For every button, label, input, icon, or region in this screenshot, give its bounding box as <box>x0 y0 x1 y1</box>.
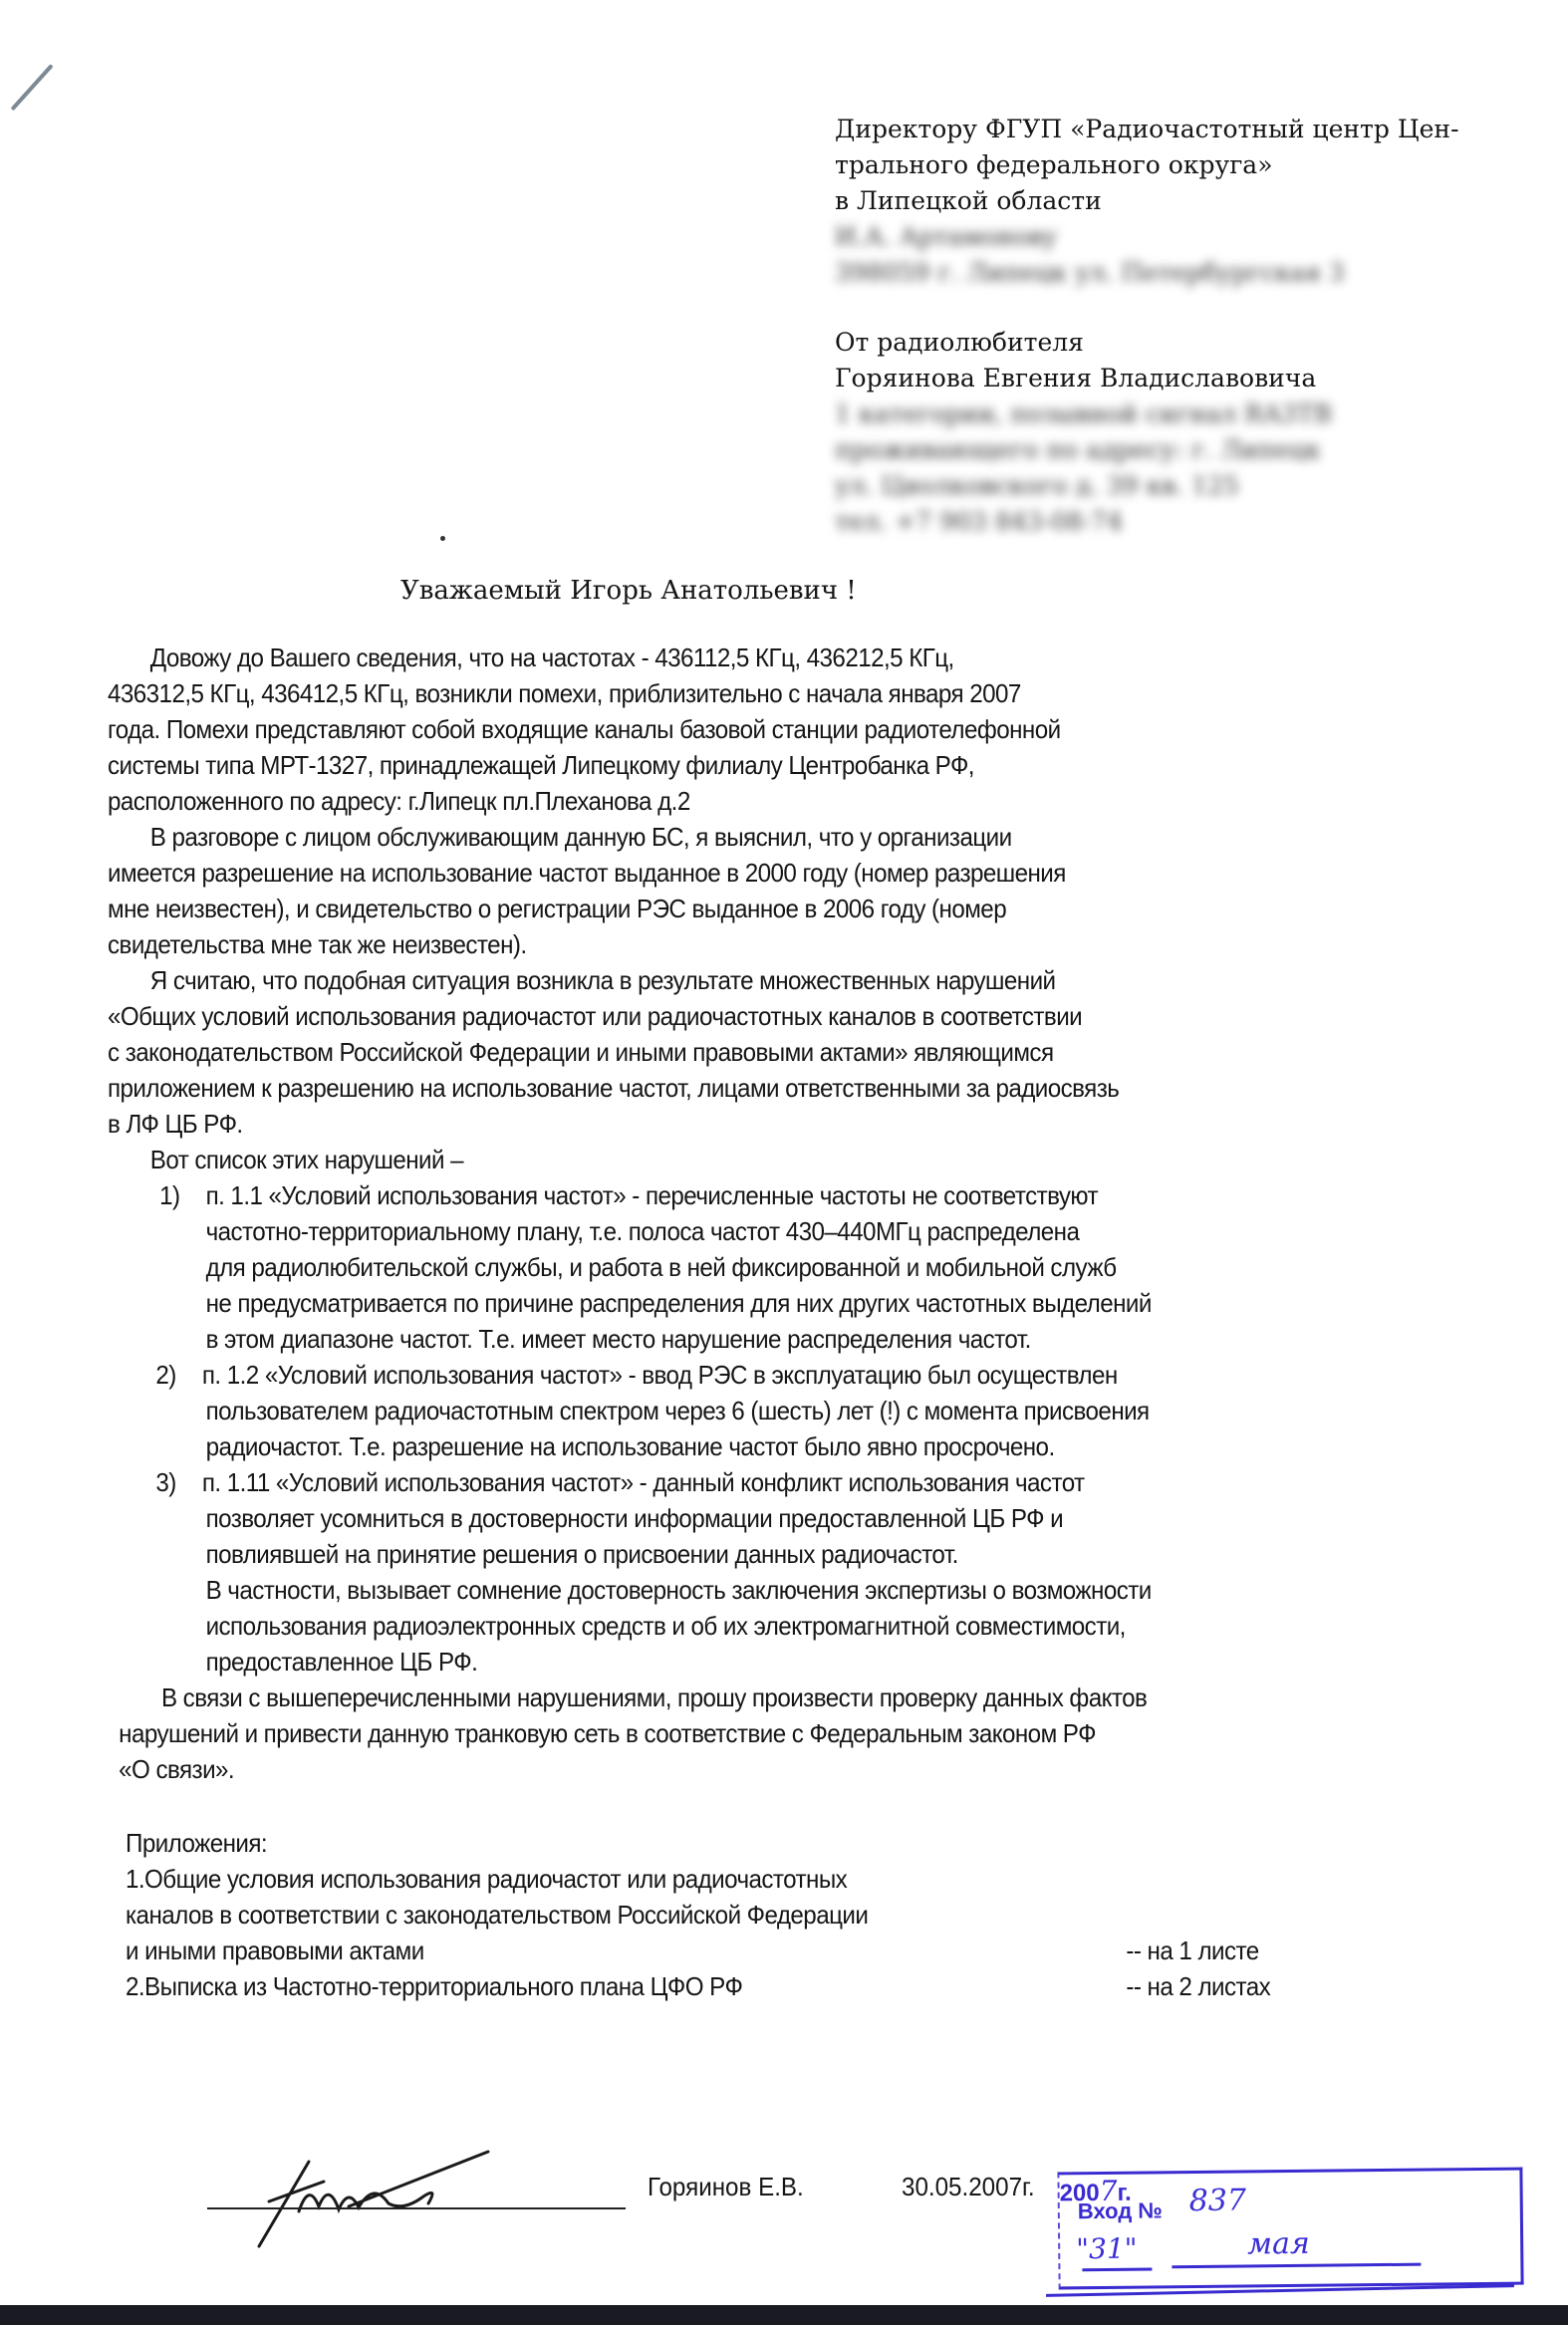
body-line: частотно-территориальному плану, т.е. по… <box>108 1213 1312 1249</box>
body-line: системы типа МРТ-1327, принадлежащей Лип… <box>108 747 1312 783</box>
attachments-block: Приложения: 1.Общие условия использовани… <box>126 1825 1284 2004</box>
stamp-month-underline <box>1172 2263 1421 2269</box>
stamp-number: 837 <box>1189 2183 1247 2218</box>
violation-item-3: 3)п. 1.11 «Условий использования частот»… <box>108 1464 1312 1679</box>
body-line: Довожу до Вашего сведения, что на частот… <box>108 640 1312 675</box>
attachment-item-2: 2.Выписка из Частотно-территориального п… <box>126 1968 1284 2004</box>
signer-name: Горяинов Е.В. <box>648 2172 804 2202</box>
sender-line: Горяинова Евгения Владиславовича <box>835 361 1332 396</box>
body-line: в этом диапазоне частот. Т.е. имеет мест… <box>108 1321 1312 1357</box>
body-line: имеется разрешение на использование част… <box>108 855 1312 891</box>
sender-redacted-line: ул. Циолковского д. 39 кв. 125 <box>835 468 1332 504</box>
signature-line <box>207 2207 626 2209</box>
body-line: для радиолюбительской службы, и работа в… <box>108 1249 1312 1285</box>
violations-intro: Вот список этих нарушений – <box>108 1142 1312 1177</box>
addressee-line: Директору ФГУП «Радиочастотный центр Цен… <box>835 112 1459 147</box>
list-number: 3) <box>155 1464 202 1500</box>
sender-redacted-line: проживающего по адресу: г. Липецк <box>835 432 1332 468</box>
body-line: В связи с вышеперечисленными нарушениями… <box>119 1679 1312 1715</box>
pen-mark <box>11 64 54 111</box>
paragraph-request: В связи с вышеперечисленными нарушениями… <box>108 1679 1312 1787</box>
addressee-block: Директору ФГУП «Радиочастотный центр Цен… <box>835 112 1459 291</box>
body-line: года. Помехи представляют собой входящие… <box>108 711 1312 747</box>
body-line: радиочастот. Т.е. разрешение на использо… <box>108 1428 1312 1464</box>
sender-redacted-line: 1 категории, позывной сигнал RA3TB <box>835 396 1332 432</box>
body-line: п. 1.2 «Условий использования частот» - … <box>202 1357 1118 1393</box>
body-line: В частности, вызывает сомнение достоверн… <box>108 1572 1312 1608</box>
letter-body: Довожу до Вашего сведения, что на частот… <box>108 640 1312 1787</box>
addressee-line: трального федерального округа» <box>835 147 1459 183</box>
body-line: с законодательством Российской Федерации… <box>108 1034 1312 1070</box>
body-line: 436312,5 КГц, 436412,5 КГц, возникли пом… <box>108 675 1312 711</box>
body-line: пользователем радиочастотным спектром че… <box>108 1393 1312 1428</box>
body-line: приложением к разрешению на использовани… <box>108 1070 1312 1106</box>
body-line: п. 1.1 «Условий использования частот» - … <box>206 1177 1098 1213</box>
stamp-day-underline <box>1082 2267 1152 2271</box>
body-line: Я считаю, что подобная ситуация возникла… <box>108 962 1312 998</box>
body-line: В разговоре с лицом обслуживающим данную… <box>108 819 1312 855</box>
body-line: «Общих условий использования радиочастот… <box>108 998 1312 1034</box>
sender-block: От радиолюбителя Горяинова Евгения Влади… <box>835 325 1332 540</box>
paragraph-opinion: Я считаю, что подобная ситуация возникла… <box>108 962 1312 1142</box>
attachment-page-count: -- на 2 листах <box>1126 1968 1283 2004</box>
addressee-redacted-line: И.А. Артамонову <box>835 219 1459 255</box>
sender-redacted-line: тел. +7 903 843-08-74 <box>835 504 1332 540</box>
body-line: п. 1.11 «Условий использования частот» -… <box>202 1464 1085 1500</box>
attachment-item-1: 1.Общие условия использования радиочасто… <box>126 1861 1284 1897</box>
list-number: 2) <box>155 1357 202 1393</box>
sender-line: От радиолюбителя <box>835 325 1332 361</box>
handwritten-signature <box>239 2142 518 2251</box>
salutation: Уважаемый Игорь Анатольевич ! <box>400 576 857 606</box>
speck <box>440 536 445 541</box>
scanned-letter-page: Директору ФГУП «Радиочастотный центр Цен… <box>0 0 1568 2325</box>
body-line: использования радиоэлектронных средств и… <box>108 1608 1312 1644</box>
body-line: позволяет усомниться в достоверности инф… <box>108 1500 1312 1536</box>
list-number: 1) <box>159 1177 206 1213</box>
body-line: расположенного по адресу: г.Липецк пл.Пл… <box>108 783 1312 819</box>
stamp-label: Вход № <box>1078 2197 1163 2224</box>
stamp-month: мая <box>1247 2226 1310 2262</box>
registration-stamp: Вход № 837 "31" мая 2007г. <box>1057 2168 1523 2290</box>
addressee-line: в Липецкой области <box>835 183 1459 219</box>
addressee-redacted-line: 398059 г. Липецк ул. Петербургская 3 <box>835 255 1459 291</box>
violation-item-2: 2)п. 1.2 «Условий использования частот» … <box>108 1357 1312 1464</box>
stamp-day: "31" <box>1076 2232 1138 2266</box>
paragraph-conversation: В разговоре с лицом обслуживающим данную… <box>108 819 1312 962</box>
body-line: повлиявшей на принятие решения о присвое… <box>108 1536 1312 1572</box>
body-line: не предусматривается по причине распреде… <box>108 1285 1312 1321</box>
body-line: «О связи». <box>119 1751 1312 1787</box>
body-line: в ЛФ ЦБ РФ. <box>108 1106 1312 1142</box>
attachments-heading: Приложения: <box>126 1825 1284 1861</box>
body-line: свидетельства мне так же неизвестен). <box>108 926 1312 962</box>
violation-item-1: 1)п. 1.1 «Условий использования частот» … <box>108 1177 1312 1357</box>
body-line: нарушений и привести данную транковую се… <box>119 1715 1312 1751</box>
paragraph-interference: Довожу до Вашего сведения, что на частот… <box>108 640 1312 819</box>
body-line: мне неизвестен), и свидетельство о регис… <box>108 891 1312 926</box>
body-line: предоставленное ЦБ РФ. <box>108 1644 1312 1679</box>
attachment-page-count: -- на 1 листе <box>1126 1933 1283 1968</box>
signature-date: 30.05.2007г. <box>902 2172 1035 2202</box>
scanner-edge <box>0 2305 1568 2325</box>
